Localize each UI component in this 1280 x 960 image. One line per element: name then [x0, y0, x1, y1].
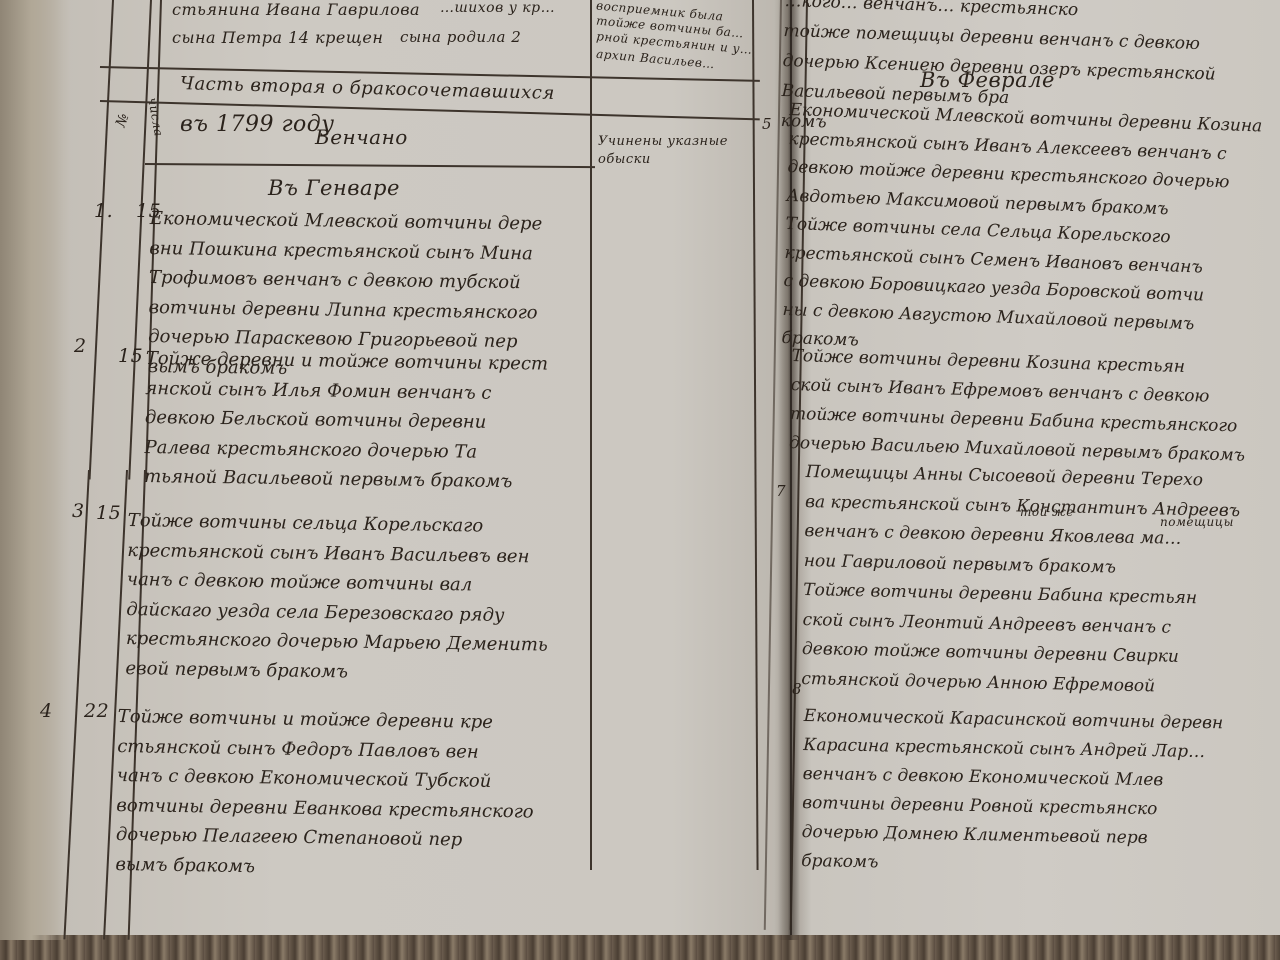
month-heading-february: Въ Феврале — [920, 68, 1055, 92]
entry-3-day: 15 — [96, 502, 121, 524]
entry-1-number: 1. — [94, 200, 113, 222]
entry-4-text: Тойже вотчины и тойже деревни кре стьянс… — [115, 702, 535, 886]
carryover-aside-1: …шихов у кр… — [440, 0, 555, 16]
entry-2-day: 15 — [118, 345, 143, 367]
entry-3-number: 3 — [72, 500, 85, 522]
page-edge-stain — [0, 0, 70, 940]
interlinear-note-1: той же — [1020, 505, 1074, 519]
month-heading-january: Въ Генваре — [268, 176, 400, 200]
entry-5-margin-number: 5 — [762, 115, 772, 133]
entry-8-margin-number: 8 — [792, 680, 802, 698]
entry-4-number: 4 — [40, 700, 53, 722]
entry-4-day: 22 — [84, 700, 109, 722]
remarks-column-rule — [590, 0, 592, 870]
entry-7-text: Помещицы Анны Сысоевой деревни Терехо ва… — [801, 458, 1241, 703]
interlinear-note-2: помещицы — [1160, 515, 1234, 529]
open-register-book: стьянина Ивана Гаврилова сына Петра 14 к… — [0, 0, 1280, 960]
entry-line: Економической Млевской вотчины дере — [150, 204, 543, 239]
carryover-line-1: стьянина Ивана Гаврилова — [172, 0, 420, 19]
entry-6-text: Тойже вотчины деревни Козина крестьян ск… — [789, 342, 1248, 471]
header-remarks: Учинены указные обыски — [598, 133, 748, 169]
entry-7-margin-number: 7 — [776, 482, 786, 500]
entry-2-text: Тойже деревни и тойже вотчины крест янск… — [144, 344, 548, 497]
entry-line: Трофимовъ венчанъ с девкою тубской — [149, 263, 542, 298]
entry-5-text: Економической Млевской вотчины деревни К… — [781, 96, 1263, 369]
header-year: въ 1799 году — [180, 112, 335, 137]
entry-line: тьяной Васильевой первымъ бракомъ — [144, 462, 547, 497]
carryover-line-2: сына Петра 14 крещен — [172, 28, 383, 47]
entry-8-text: Економической Карасинской вотчины деревн… — [801, 702, 1223, 883]
header-married: Венчано — [315, 125, 408, 149]
carryover-aside-2: сына родила 2 — [400, 28, 521, 46]
book-page-edges — [0, 935, 1280, 960]
entry-3-text: Тойже вотчины сельца Корельскаго крестья… — [125, 506, 550, 690]
entry-2-number: 2 — [74, 335, 87, 357]
